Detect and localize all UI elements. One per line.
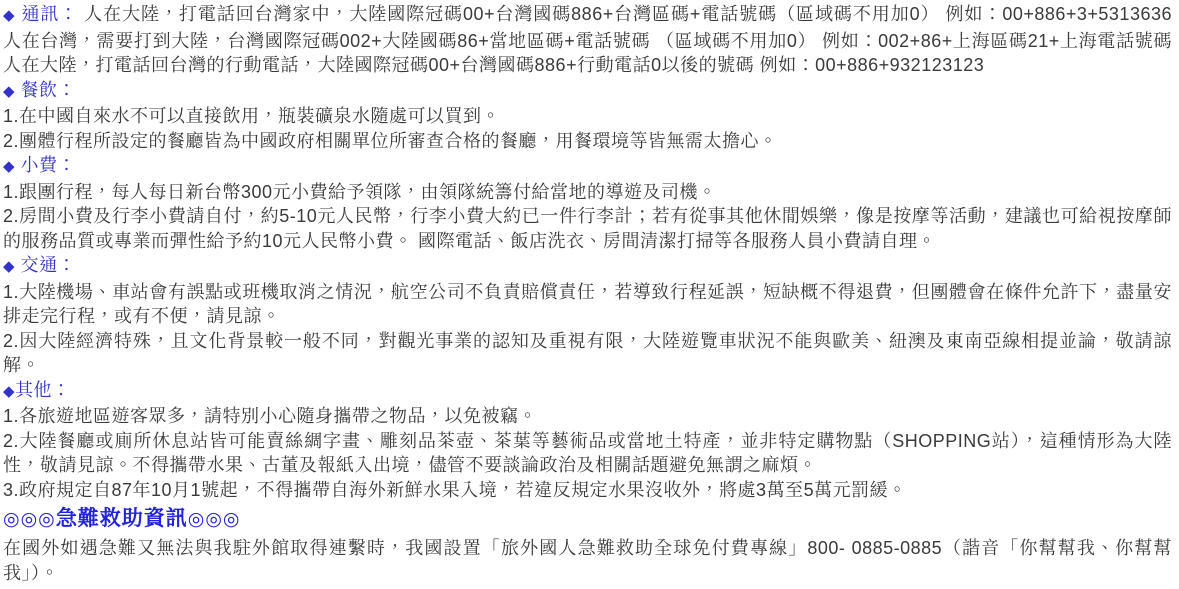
section-others: ◆其他： 1.各旅遊地區遊客眾多，請特別小心隨身攜帶之物品，以免被竊。 2.大陸…	[3, 378, 1172, 503]
diamond-bullet-icon: ◆	[3, 383, 15, 400]
section-tipping: ◆ 小費： 1.跟團行程，每人每日新台幣300元小費給予領隊，由領隊統籌付給當地…	[3, 153, 1172, 253]
list-item: 2.房間小費及行李小費請自付，約5-10元人民幣，行李小費大約已一件行李計；若有…	[3, 204, 1172, 253]
section-tipping-title: 小費：	[15, 155, 76, 175]
travel-notes-document: ◆ 通訊： 人在大陸，打電話回台灣家中，大陸國際冠碼00+台灣國碼886+台灣區…	[0, 0, 1179, 585]
diamond-bullet-icon: ◆	[3, 158, 15, 175]
circle-decor-icon: ◎◎◎	[3, 509, 56, 530]
section-communication-title: 通訊：	[15, 4, 78, 24]
list-item: 1.大陸機場、車站會有誤點或班機取消之情況，航空公司不負責賠償責任，若導致行程延…	[3, 280, 1172, 329]
list-item: 2.因大陸經濟特殊，且文化背景較一般不同，對觀光事業的認知及重視有限，大陸遊覽車…	[3, 329, 1172, 378]
list-item: 1.跟團行程，每人每日新台幣300元小費給予領隊，由領隊統籌付給當地的導遊及司機…	[3, 180, 1172, 205]
section-communication-text: 人在大陸，打電話回台灣家中，大陸國際冠碼00+台灣國碼886+台灣區碼+電話號碼…	[3, 4, 1172, 75]
section-communication-header: ◆ 通訊：	[3, 4, 78, 24]
emergency-body: 在國外如遇急難又無法與我駐外館取得連繫時，我國設置「旅外國人急難救助全球免付費專…	[3, 536, 1172, 585]
section-others-title: 其他：	[15, 380, 71, 400]
section-dining-title: 餐飲：	[15, 80, 76, 100]
section-communication: ◆ 通訊： 人在大陸，打電話回台灣家中，大陸國際冠碼00+台灣國碼886+台灣區…	[3, 2, 1172, 78]
section-transport-header: ◆ 交通：	[3, 253, 1172, 280]
section-transport: ◆ 交通： 1.大陸機場、車站會有誤點或班機取消之情況，航空公司不負責賠償責任，…	[3, 253, 1172, 378]
section-dining: ◆ 餐飲： 1.在中國自來水不可以直接飲用，瓶裝礦泉水隨處可以買到。 2.團體行…	[3, 78, 1172, 154]
list-item: 1.各旅遊地區遊客眾多，請特別小心隨身攜帶之物品，以免被竊。	[3, 404, 1172, 429]
section-tipping-header: ◆ 小費：	[3, 153, 1172, 180]
diamond-bullet-icon: ◆	[3, 258, 15, 275]
section-emergency: ◎◎◎急難救助資訊◎◎◎ 在國外如遇急難又無法與我駐外館取得連繫時，我國設置「旅…	[3, 504, 1172, 585]
emergency-title: 急難救助資訊	[56, 507, 188, 530]
list-item: 2.大陸餐廳或廁所休息站皆可能賣絲綢字畫、雕刻品茶壺、茶葉等藝術品或當地土特產，…	[3, 429, 1172, 478]
list-item: 1.在中國自來水不可以直接飲用，瓶裝礦泉水隨處可以買到。	[3, 104, 1172, 129]
section-dining-header: ◆ 餐飲：	[3, 78, 1172, 105]
section-transport-title: 交通：	[15, 255, 76, 275]
list-item: 2.團體行程所設定的餐廳皆為中國政府相關單位所審查合格的餐廳，用餐環境等皆無需太…	[3, 129, 1172, 154]
emergency-heading: ◎◎◎急難救助資訊◎◎◎	[3, 504, 1172, 535]
diamond-bullet-icon: ◆	[3, 7, 15, 24]
section-others-header: ◆其他：	[3, 378, 1172, 405]
circle-decor-icon: ◎◎◎	[188, 509, 241, 530]
diamond-bullet-icon: ◆	[3, 83, 15, 100]
list-item: 3.政府規定自87年10月1號起，不得攜帶自海外新鮮水果入境，若違反規定水果沒收…	[3, 478, 1172, 503]
